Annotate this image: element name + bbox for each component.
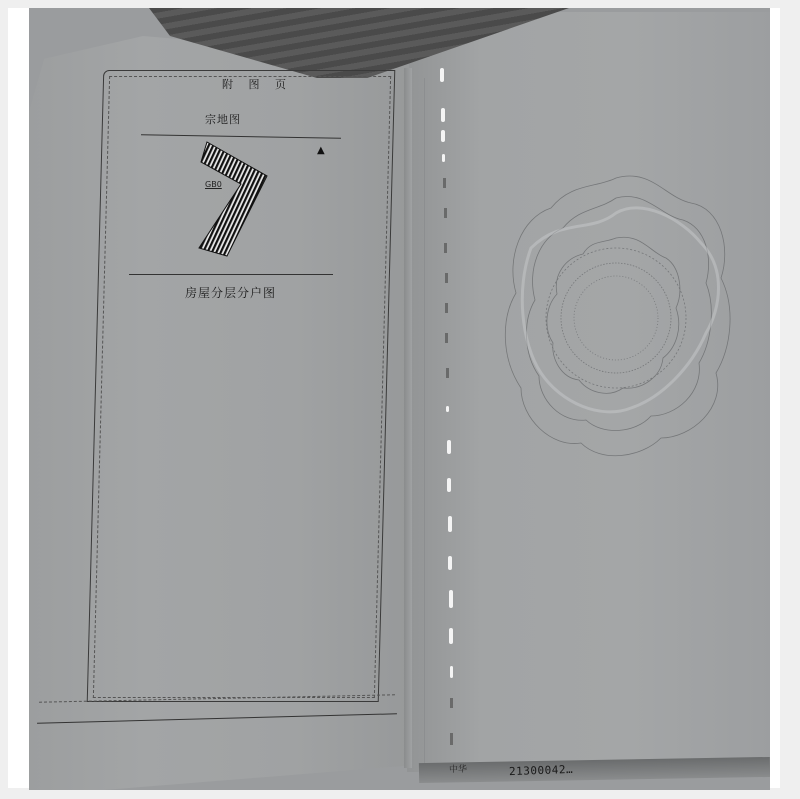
scanned-booklet: 附 图 页 宗地图 GB0 ▲ 房屋分层分户图 (29, 8, 770, 790)
page-edge-line (424, 78, 425, 768)
book-spine (404, 68, 412, 768)
north-arrow-icon: ▲ (317, 145, 325, 156)
page-title: 附 图 页 (222, 76, 292, 92)
security-rosette (491, 158, 741, 478)
serial-number: 21300042… (509, 763, 574, 778)
spine-stitches (434, 68, 464, 768)
bottom-text: 中华 (449, 762, 467, 776)
parcel-map-heading: 宗地图 (205, 111, 241, 127)
parcel-shape (189, 138, 269, 262)
floor-plan-heading: 房屋分层分户图 (185, 284, 276, 301)
divider (129, 274, 333, 275)
parcel-label: GB0 (205, 180, 222, 189)
